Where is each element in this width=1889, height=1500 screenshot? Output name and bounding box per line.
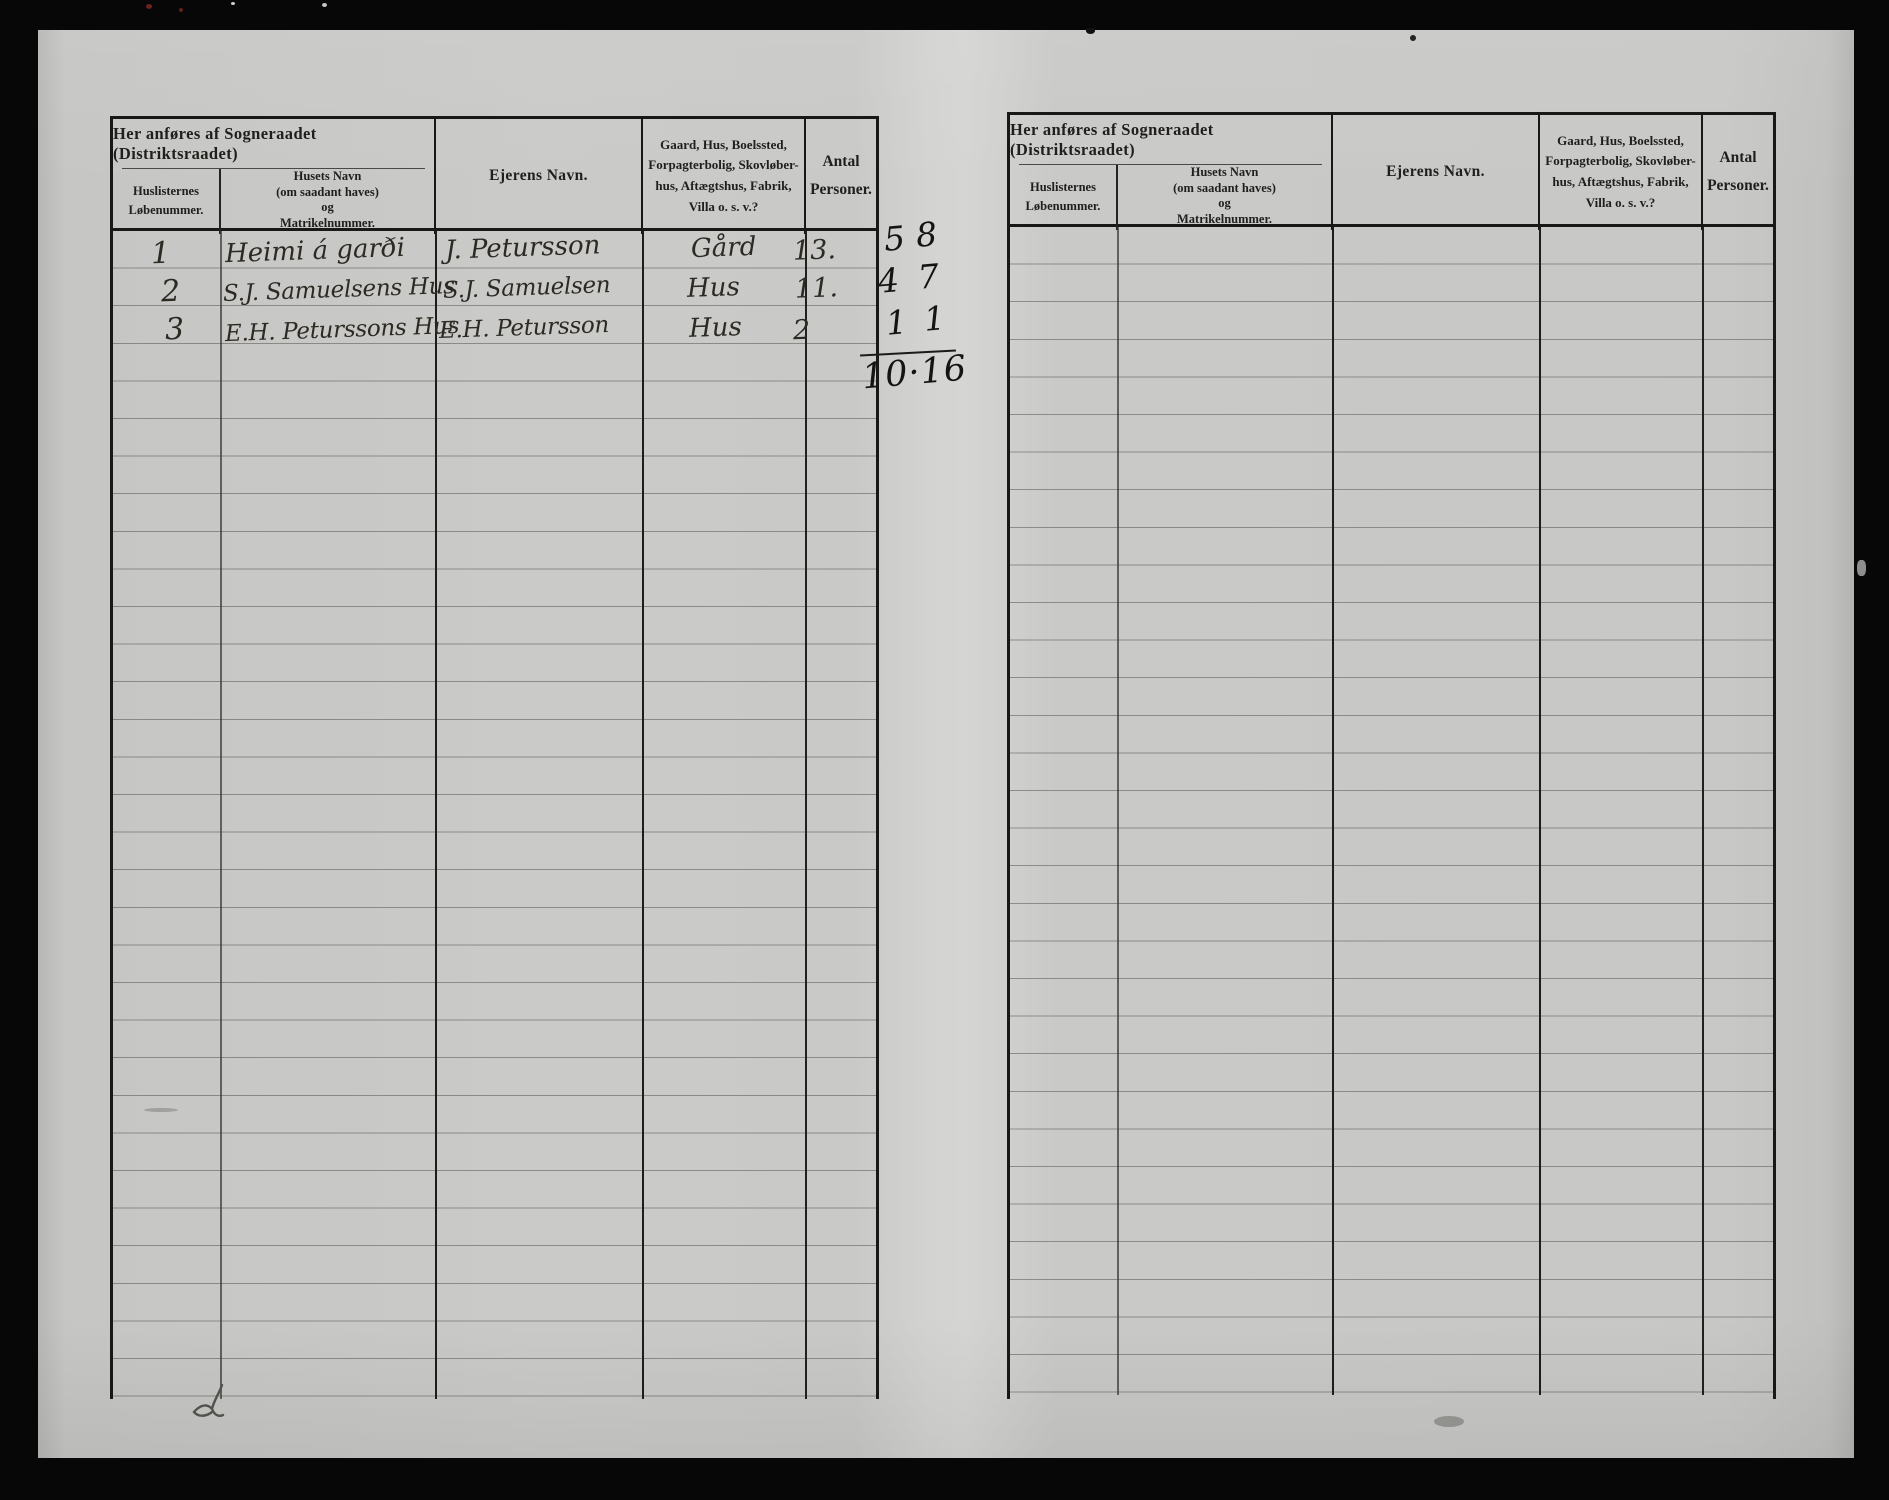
dark-speck xyxy=(1410,35,1416,41)
header-section-sogneraad-left: Her anføres af Sogneraadet (Distriktsraa… xyxy=(113,119,436,234)
column-header-husets-navn-left: Husets Navn (om saadant haves) og Matrik… xyxy=(221,169,434,234)
census-table-right: Her anføres af Sogneraadet (Distriktsraa… xyxy=(1007,112,1776,1399)
column-rule xyxy=(1332,227,1335,1395)
entry-3-house-name: E.H. Peturssons Hus xyxy=(225,315,460,346)
pencil-tally-row2-females: 7 xyxy=(917,259,941,294)
smudge xyxy=(1434,1416,1464,1427)
entry-1-dwelling-type: Gård xyxy=(691,234,757,262)
entry-3-person-count: 2 xyxy=(793,317,811,345)
column-header-antal-personer-right: Antal Personer. xyxy=(1703,115,1773,230)
entry-2-owner-name: S.J. Samuelsen xyxy=(443,274,611,303)
pencil-tally-row1-females: 8 xyxy=(915,217,939,252)
column-header-husets-navn-right: Husets Navn (om saadant haves) og Matrik… xyxy=(1118,165,1331,230)
column-header-dwelling-type-left: Gaard, Hus, Boelssted, Forpagterbolig, S… xyxy=(643,119,806,234)
column-header-lobenummer-left: Huslisternes Løbenummer. xyxy=(113,169,221,234)
column-header-dwelling-type-right: Gaard, Hus, Boelssted, Forpagterbolig, S… xyxy=(1540,115,1703,230)
entry-1-person-count: 13. xyxy=(793,236,837,264)
header-section-sogneraad-right: Her anføres af Sogneraadet (Distriktsraa… xyxy=(1010,115,1333,230)
column-header-antal-personer-left: Antal Personer. xyxy=(806,119,876,234)
entry-2-number: 2 xyxy=(160,277,180,308)
entry-1-house-name: Heimi á garði xyxy=(225,235,406,267)
entry-3-owner-name: E.H. Petursson xyxy=(439,314,610,343)
column-rule xyxy=(642,231,645,1399)
red-speck xyxy=(146,4,152,9)
table-header-right: Her anføres af Sogneraadet (Distriktsraa… xyxy=(1010,115,1773,227)
section-title-left: Her anføres af Sogneraadet (Distriktsraa… xyxy=(113,119,434,169)
column-rule xyxy=(1702,227,1704,1395)
entry-1-number: 1 xyxy=(150,239,170,270)
smudge xyxy=(144,1108,178,1112)
entry-1-owner-name: J. Petursson xyxy=(445,232,601,263)
column-rule xyxy=(220,231,222,1399)
edge-fleck xyxy=(1857,560,1866,576)
column-rule xyxy=(435,231,438,1399)
pencil-tally-row3-females: 1 xyxy=(923,301,947,336)
pencil-tally-row1-males: 5 xyxy=(883,221,907,256)
column-header-ejerens-navn-left: Ejerens Navn. xyxy=(436,119,643,234)
pencil-tally-total: 10·16 xyxy=(861,351,969,395)
pencil-tally-row3-males: 1 xyxy=(885,305,909,340)
column-rule xyxy=(1117,227,1119,1395)
entry-3-dwelling-type: Hus xyxy=(689,314,743,342)
census-table-left: Her anføres af Sogneraadet (Distriktsraa… xyxy=(110,116,879,1399)
column-header-lobenummer-right: Huslisternes Løbenummer. xyxy=(1010,165,1118,230)
entry-3-number: 3 xyxy=(164,315,184,346)
table-body-right xyxy=(1010,227,1773,1395)
column-rule xyxy=(805,231,807,1399)
stray-pen-mark xyxy=(192,1384,244,1422)
pencil-tally-row2-males: 4 xyxy=(877,263,901,298)
edge-notch xyxy=(1086,28,1095,34)
entry-2-person-count: 11. xyxy=(795,274,839,302)
column-rule xyxy=(1539,227,1542,1395)
header-subrow-left: Huslisternes Løbenummer. Husets Navn (om… xyxy=(113,169,434,234)
scanned-census-spread: Her anføres af Sogneraadet (Distriktsraa… xyxy=(0,0,1889,1500)
table-header-left: Her anføres af Sogneraadet (Distriktsraa… xyxy=(113,119,876,231)
column-header-ejerens-navn-right: Ejerens Navn. xyxy=(1333,115,1540,230)
entry-2-dwelling-type: Hus xyxy=(687,274,741,302)
table-body-left: 1 Heimi á garði J. Petursson Gård 13. 2 … xyxy=(113,231,876,1399)
white-speck xyxy=(322,3,327,7)
section-title-right: Her anføres af Sogneraadet (Distriktsraa… xyxy=(1010,115,1331,165)
entry-2-house-name: S.J. Samuelsens Hus xyxy=(223,275,455,306)
header-subrow-right: Huslisternes Løbenummer. Husets Navn (om… xyxy=(1010,165,1331,230)
red-speck xyxy=(179,8,183,12)
white-speck xyxy=(231,2,235,5)
